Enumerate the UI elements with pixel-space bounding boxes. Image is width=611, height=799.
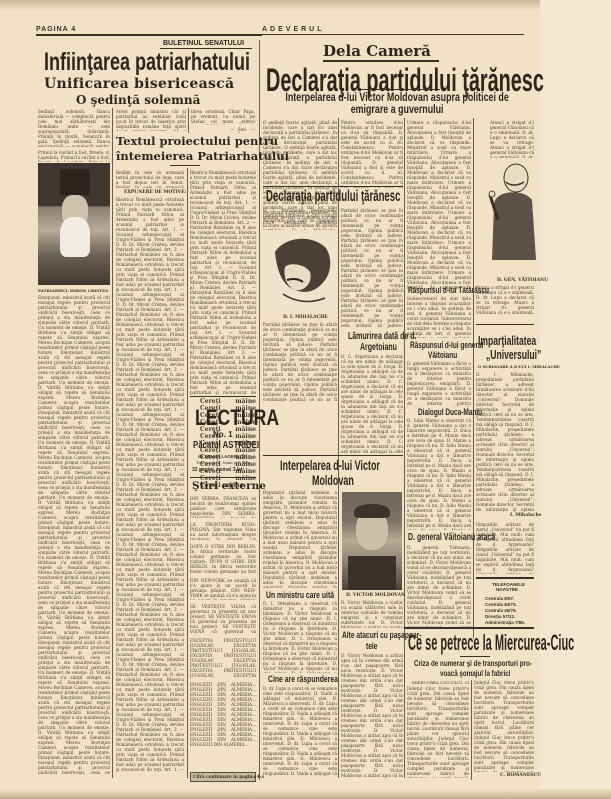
who-responsible-headline: Cine are răspunderea — [268, 674, 338, 685]
interpellation-text: Deputatul ţărănist ardelean a adus în di… — [263, 490, 337, 588]
ad-book: Păcatul ASTRIDEI — [193, 440, 259, 451]
miercurea-subhead-2: voacă şomajul la fabrici — [440, 669, 510, 678]
miercurea-dateline: MIERCUREA CIUCULUI, 22. — [412, 680, 471, 685]
impartiality-signature: I. Mihalache — [510, 513, 542, 518]
vaitoianu-attack-text: D. general Văitoianu, mobilizând pe toţi… — [407, 545, 471, 627]
vaitoianu-caption: D. GEN. VĂITOIANU — [497, 278, 548, 283]
foreign-news-item: SE VESTEŞTE VIENA că guvernul va prezent… — [190, 604, 256, 634]
senate-headline: Infiinţarea patriarhatului — [44, 48, 250, 77]
foreign-news-item: LA FRONTIERA RUSO-POLONA. Din regiunea V… — [190, 522, 256, 540]
senate-intro: Şedinţă solemnă. Banca ministerială — co… — [38, 109, 110, 147]
miercurea-subhead-1: Criza de numerar şi de transporturi pro- — [414, 659, 532, 668]
caricature-drawing — [484, 160, 540, 270]
ad-number: No. 1 — [213, 430, 233, 439]
patriarch-portrait — [38, 163, 110, 285]
mihalache-caption: D. I. MIHALACHE — [283, 315, 328, 320]
ad-translator: Traduse de D. Nanu şi F. Valy — [196, 461, 250, 465]
chamber-kicker: Dela Cameră — [323, 42, 431, 60]
vaitoianu-reply-text: D. general Văitoianu a făcut o lungă exp… — [407, 361, 471, 407]
clarification-text: D. C. Argetoianu a declarat că nu are ni… — [341, 354, 403, 454]
newspaper-page: PAGINA 4 ADEVERUL BULETINUL SENATULUI In… — [0, 0, 611, 799]
foreign-news-item: DUPĂ O STIRE DIN BERLIN. In Africa terit… — [190, 544, 256, 574]
phones-rule — [476, 577, 534, 579]
column-divider — [338, 118, 339, 778]
headline-rule — [460, 656, 490, 657]
impartiality-text-2: Simpatiile arătate de ziarul „Universul”… — [476, 522, 534, 574]
chamber-subhead-text: Interpelarea d-lui Victor Moldovan asupr… — [275, 91, 519, 115]
section-rule — [404, 627, 534, 629]
phones-title-text: TELEFOANELE NOASTRE — [492, 582, 522, 592]
project-headline-1: Textul proiectului pentru — [116, 134, 278, 148]
chamber-subhead: Interpelarea d-lui Victor Moldovan asupr… — [275, 91, 519, 116]
passports-text: D. Victor Moldovan a arătat apoi că în v… — [341, 653, 403, 778]
tatarescu-text: Subsecretarul de stat dela Interne a răs… — [407, 296, 471, 338]
portrait-beard — [60, 217, 90, 257]
duca-maniu-text: D. Iuliu Maniu a observat că d. general … — [407, 418, 471, 530]
caricature-right-text: Atunci a strigat d-l general Văitoianu c… — [490, 120, 534, 158]
project-body-col1: Biserica Românească ortodoxă a trecut cu… — [116, 197, 184, 772]
senate-intro-2: Primul la cuvânt a fost, firește, d. Lap… — [38, 150, 110, 162]
ad-title: LECTURA — [195, 405, 279, 431]
phone-line: Centrala 84/73. — [485, 602, 517, 607]
foreign-news-item: EXCEPTIA PROTESTULUI JUGOSLAV. EXCEPTIA … — [190, 638, 256, 678]
foreign-news-item: DIN NEW-YORK se anunţă că s'a ajuns la u… — [190, 578, 256, 600]
caricature-drawing — [265, 232, 335, 312]
section-rule — [476, 324, 534, 325]
chamber-col3-text: Urmare a răspunsului d-lui general Văito… — [407, 120, 471, 290]
column-divider — [112, 108, 113, 778]
column-divider — [473, 118, 474, 638]
impartiality-text: D. I. Mihalache, preşedintele partidului… — [476, 372, 534, 512]
passports-headline-2: tele — [366, 641, 377, 652]
clarification-headline-2: Argetoianu — [360, 342, 397, 353]
senate-col2-intro: Acest prinţul ministru cât şi patriarhul… — [116, 109, 186, 131]
miercurea-signature: C. ROMANESCU — [500, 773, 541, 778]
who-responsible-text: D. dr. Lupu a cerut să se comunice cine … — [263, 686, 337, 776]
miercurea-text-col2: Judeţul Ciuc trece printr'o criză grea. … — [474, 680, 534, 772]
header-rule — [36, 34, 262, 36]
phone-line: Direcţia 57/22. — [485, 614, 515, 619]
continued-label: Cifră continuare în pagina 4-a — [193, 774, 264, 779]
phones-title: TELEFOANELE NOASTRE — [492, 582, 522, 592]
foreign-news-headline: Ştiri externe — [192, 480, 266, 492]
minister-forgets-text: D. I. Orleşteanu a observat că ministrul… — [263, 601, 337, 673]
ad-rule — [190, 396, 256, 397]
chamber-col2-text: Pentru urmărea d-lui Moldovan ar fi fost… — [341, 120, 403, 188]
peasant-decl-headline: Declaraţia partidului ţărănesc — [266, 188, 400, 206]
ad-author: de SELMA LAGERLÖF — [198, 454, 246, 459]
project-body-col2: Biserica Românească ortodoxă a trecut cu… — [190, 170, 256, 395]
moldovan-caption: D. VICTOR MOLDOVAN — [346, 593, 405, 598]
miercurea-text-col1: Judeţul Ciuc trece printr'o criză grea. … — [407, 686, 469, 778]
column-divider — [471, 680, 472, 780]
peasant-decl-text-2: Partidul ţărănesc se ţine în afară de or… — [263, 322, 337, 402]
ad-rule-bottom — [190, 477, 256, 478]
foreign-news-item: DIN SERBIA. FRANCEZA se bucură de bunăvo… — [190, 496, 256, 518]
impartiality-subhead: O SCRISOARE A D-LUI I. MIHALACHE — [478, 364, 560, 369]
vaitoianu-caricature — [484, 160, 540, 270]
impartiality-headline-2: „Universului” — [486, 347, 541, 362]
senate-col3-intro: tărea ortodoxă. Chiar Papa, pe vremuri, … — [191, 109, 255, 125]
portrait-suit — [348, 556, 396, 590]
moldovan-portrait — [342, 492, 402, 590]
section-rule — [263, 186, 403, 187]
vaitoianu-reply-headline-1: Răspunsul d-lui general — [410, 340, 483, 350]
headline-rule — [170, 165, 200, 166]
column-divider — [404, 118, 405, 778]
phone-line: Administraţia 7/86. — [485, 620, 525, 625]
duca-maniu-headline: Dialogul Duca-Maniu — [418, 407, 482, 417]
senate-kicker: BULETINUL SENATULUI — [163, 40, 244, 47]
section-rule — [263, 455, 403, 456]
column-divider — [187, 168, 188, 778]
senate-subhead: Unificarea bisericească — [44, 76, 234, 92]
right-margin — [540, 0, 611, 799]
senate-subhead-2: O şedinţă solemnă — [76, 93, 200, 107]
caricature-right-text-2: Atunci a strigat d-l general Văitoianu c… — [476, 285, 534, 315]
mihalache-caricature — [265, 232, 335, 312]
peasant-decl-text: D. I. Mihalache, preşedintele partidului… — [263, 208, 337, 230]
column-divider — [188, 108, 189, 133]
scan-bottom-edge — [0, 789, 611, 799]
motives-title: EXPUNERE DE MOTIVE: — [124, 190, 186, 195]
header-rule-right — [262, 34, 524, 35]
interpellation-text-2: D. Victor Moldovan a vizitat cu ocazia c… — [341, 600, 403, 628]
miercurea-headline: Ce se petrece la Miercurea-Ciuc — [408, 630, 574, 656]
continued-box: Cifră continuare în pagina 4-a — [190, 772, 256, 782]
patriarch-caption: PATRIARHUL MIRON CRISTEA — [38, 288, 108, 293]
interpellation-headline-2: Moldovan — [312, 472, 354, 488]
foreign-news-item: ENGLEZII DIN ALMERIA... ENGLEZII DIN ALM… — [190, 682, 256, 772]
portrait-hat — [60, 169, 90, 195]
minister-forgets-headline: Un ministru care uită — [266, 590, 334, 601]
senate-col1-text: Emoţionat, ministrul arată că citi mesaj… — [38, 295, 110, 775]
impartiality-headline-1: Imparţialitatea — [478, 333, 536, 348]
page-number: PAGINA 4 — [36, 26, 76, 33]
senate-signature: — Sen. — — Sen. — — Sen. — — Sen. — — Se… — [230, 127, 255, 133]
portrait-hair — [354, 504, 390, 518]
scan-top-edge — [0, 0, 611, 10]
interpellation-headline-1: Interpelarea d-lui Victor — [280, 457, 380, 473]
ad-price: 32 pagini, numai 3 lei — [192, 467, 242, 473]
masthead: ADEVERUL — [262, 26, 325, 33]
vaitoianu-reply-headline-2: Văitoianu — [428, 350, 457, 360]
project-lead: Redăm în cele ce urmează textul proiectu… — [116, 170, 184, 188]
phone-line: Centrala 8/67. — [485, 596, 514, 601]
peasant-decl-col2: Partidul ţărănesc se ţine în afară de or… — [341, 208, 403, 328]
phone-line: Centrala 40/79. — [485, 608, 517, 613]
